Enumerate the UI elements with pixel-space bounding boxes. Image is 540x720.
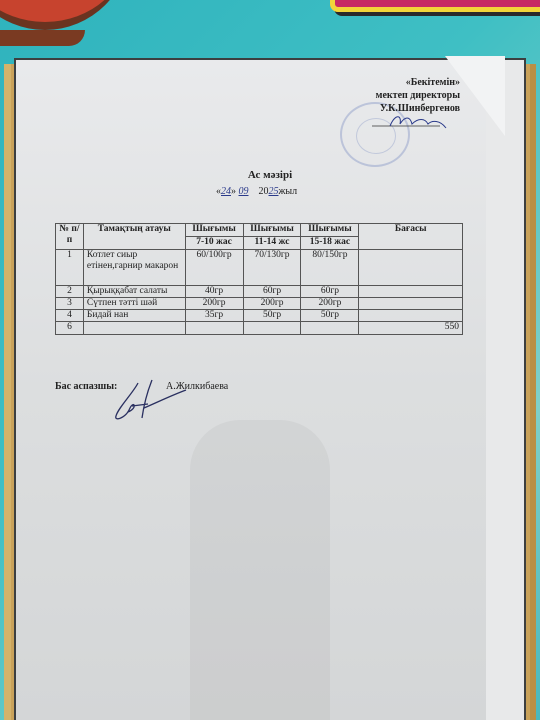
approval-line-1: «Бекітемін» bbox=[376, 76, 460, 89]
row-name: Қырыққабат салаты bbox=[83, 286, 185, 298]
header-name: Тамақтың атауы bbox=[83, 224, 185, 250]
row-q1 bbox=[185, 322, 243, 335]
row-num: 4 bbox=[56, 310, 84, 322]
row-price bbox=[359, 286, 463, 298]
row-q2: 70/130гр bbox=[243, 250, 301, 286]
approval-line-2: мектеп директоры bbox=[376, 89, 460, 102]
date-suffix: жыл bbox=[279, 186, 298, 197]
row-q3: 60гр bbox=[301, 286, 359, 298]
document-date: «24» 09 2025жыл bbox=[216, 186, 297, 197]
row-price bbox=[359, 298, 463, 310]
row-q3: 50гр bbox=[301, 310, 359, 322]
row-name: Котлет сиыр етінен,гарнир макарон bbox=[83, 250, 185, 286]
row-q1: 200гр bbox=[185, 298, 243, 310]
row-q3: 80/150гр bbox=[301, 250, 359, 286]
date-day: 24 bbox=[221, 186, 231, 197]
row-price: 550 bbox=[359, 322, 463, 335]
row-price bbox=[359, 250, 463, 286]
row-num: 1 bbox=[56, 250, 84, 286]
row-q3 bbox=[301, 322, 359, 335]
row-num: 3 bbox=[56, 298, 84, 310]
date-close-quote: » bbox=[231, 186, 236, 197]
table-header-row: № п/п Тамақтың атауы Шығымы Шығымы Шығым… bbox=[56, 224, 463, 237]
row-num: 2 bbox=[56, 286, 84, 298]
header-age1: 7-10 жас bbox=[185, 237, 243, 250]
table-row: 3 Сүтпен тәтті шәй 200гр 200гр 200гр bbox=[56, 298, 463, 310]
background-banner bbox=[330, 0, 540, 12]
background-red-shape bbox=[0, 0, 130, 30]
table-row: 2 Қырыққабат салаты 40гр 60гр 60гр bbox=[56, 286, 463, 298]
table-row: 1 Котлет сиыр етінен,гарнир макарон 60/1… bbox=[56, 250, 463, 286]
header-q2: Шығымы bbox=[243, 224, 301, 237]
row-q2: 200гр bbox=[243, 298, 301, 310]
header-age3: 15-18 жас bbox=[301, 237, 359, 250]
row-q2: 50гр bbox=[243, 310, 301, 322]
row-q1: 40гр bbox=[185, 286, 243, 298]
header-num: № п/п bbox=[56, 224, 84, 250]
document-title: Ас мәзірі bbox=[0, 169, 540, 181]
header-q1: Шығымы bbox=[185, 224, 243, 237]
row-q3: 200гр bbox=[301, 298, 359, 310]
row-q1: 60/100гр bbox=[185, 250, 243, 286]
row-q2: 60гр bbox=[243, 286, 301, 298]
row-name: Сүтпен тәтті шәй bbox=[83, 298, 185, 310]
date-year-suffix: 25 bbox=[269, 186, 279, 197]
row-name bbox=[83, 322, 185, 335]
table-row: 6 550 bbox=[56, 322, 463, 335]
director-signature-icon bbox=[370, 112, 450, 132]
header-q3: Шығымы bbox=[301, 224, 359, 237]
row-q2 bbox=[243, 322, 301, 335]
row-price bbox=[359, 310, 463, 322]
header-age2: 11-14 жс bbox=[243, 237, 301, 250]
menu-table: № п/п Тамақтың атауы Шығымы Шығымы Шығым… bbox=[55, 223, 463, 335]
reflection-shadow bbox=[190, 420, 330, 720]
date-month: 09 bbox=[239, 186, 249, 197]
approval-block: «Бекітемін» мектеп директоры У.К.Шинберг… bbox=[376, 76, 460, 115]
table-row: 4 Бидай нан 35гр 50гр 50гр bbox=[56, 310, 463, 322]
chef-signature-icon bbox=[108, 378, 188, 423]
header-price: Бағасы bbox=[359, 224, 463, 250]
row-num: 6 bbox=[56, 322, 84, 335]
background-stripe bbox=[0, 30, 85, 46]
row-name: Бидай нан bbox=[83, 310, 185, 322]
date-year-prefix: 20 bbox=[259, 186, 269, 197]
row-q1: 35гр bbox=[185, 310, 243, 322]
